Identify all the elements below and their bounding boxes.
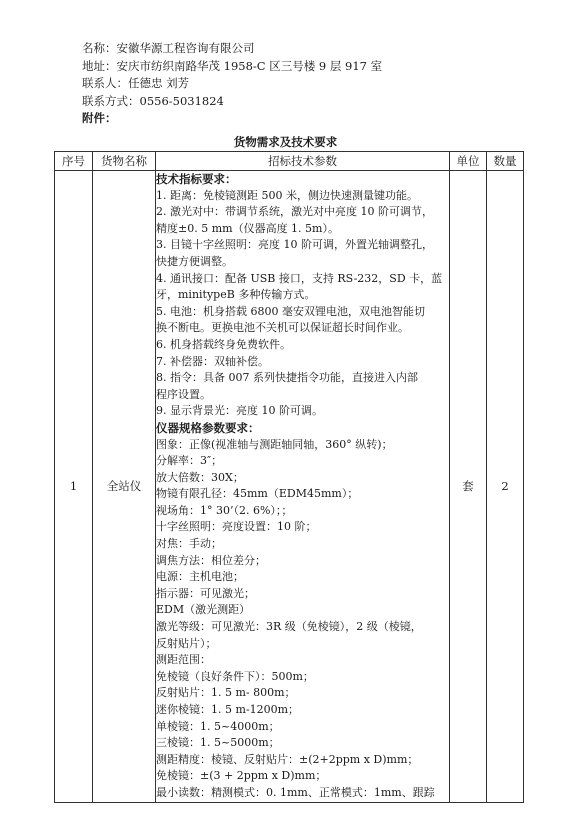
row-qty: 2 [487, 171, 524, 803]
supplier-info: 名称：安徽华源工程咨询有限公司 地址：安庆市纺织南路华茂 1958-C 区三号楼… [82, 40, 382, 128]
param-line: 对焦：手动； [156, 536, 449, 553]
param-line: 图象：正像(视准轴与测距轴同轴，360° 纵转)； [156, 437, 449, 454]
company-address: 地址：安庆市纺织南路华茂 1958-C 区三号楼 9 层 917 室 [82, 58, 382, 76]
param-line: 换不断电。更换电池不关机可以保证超长时间作业。 [156, 320, 449, 337]
param-line: 1. 距离：免棱镜测距 500 米，侧边快速测量键功能。 [156, 188, 449, 205]
param-line: 7. 补偿器：双轴补偿。 [156, 354, 449, 371]
param-line: 调焦方法：相位差分； [156, 553, 449, 570]
column-header-qty: 数量 [487, 152, 524, 171]
param-line: 单棱镜：1. 5~4000m； [156, 719, 449, 736]
param-line: 免棱镜：±(3 + 2ppm x D)mm； [156, 768, 449, 785]
column-header-unit: 单位 [450, 152, 487, 171]
column-header-seq: 序号 [55, 152, 93, 171]
param-line: 4. 通讯接口：配备 USB 接口，支持 RS-232，SD 卡，蓝 [156, 271, 449, 288]
param-line: 电源：主机电池； [156, 569, 449, 586]
param-line: 牙，minitypeB 多种传输方式。 [156, 287, 449, 304]
param-line: 迷你棱镜：1. 5 m-1200m； [156, 702, 449, 719]
column-header-name: 货物名称 [93, 152, 156, 171]
table-row: 1 全站仪 技术指标要求：1. 距离：免棱镜测距 500 米，侧边快速测量键功能… [55, 171, 524, 803]
param-line: 十字丝照明：亮度设置：10 阶； [156, 519, 449, 536]
column-header-params: 招标技术参数 [156, 152, 450, 171]
param-line: 6. 机身搭载终身免费软件。 [156, 337, 449, 354]
row-unit: 套 [450, 171, 487, 803]
row-item-name: 全站仪 [93, 171, 156, 803]
param-line: 测距范围： [156, 652, 449, 669]
param-line: 反射贴片：1. 5 m- 800m； [156, 685, 449, 702]
param-line: 指示器：可见激光； [156, 586, 449, 603]
param-line: 8. 指令：具备 007 系列快捷指令功能，直接进入内部 [156, 370, 449, 387]
param-section-heading: 仪器规格参数要求： [156, 420, 449, 437]
param-line: 测距精度：棱镜、反射贴片：±(2+2ppm x D)mm； [156, 752, 449, 769]
attachment-label: 附件： [82, 110, 382, 128]
row-params: 技术指标要求：1. 距离：免棱镜测距 500 米，侧边快速测量键功能。2. 激光… [156, 171, 450, 803]
param-line: EDM（激光测距） [156, 602, 449, 619]
param-line: 5. 电池：机身搭载 6800 毫安双锂电池，双电池智能切 [156, 304, 449, 321]
param-line: 快捷方便调整。 [156, 254, 449, 271]
contact-person: 联系人：任德忠 刘芳 [82, 75, 382, 93]
param-line: 分解率：3″； [156, 453, 449, 470]
table-header-row: 序号 货物名称 招标技术参数 单位 数量 [55, 152, 524, 171]
row-seq: 1 [55, 171, 93, 803]
param-line: 视场角：1° 30’（2. 6%）；； [156, 503, 449, 520]
param-line: 免棱镜（良好条件下）：500m； [156, 669, 449, 686]
param-line: 3. 目镜十字丝照明：亮度 10 阶可调，外置光轴调整孔， [156, 237, 449, 254]
param-section-heading: 技术指标要求： [156, 171, 449, 188]
param-line: 精度±0. 5 mm（仪器高度 1. 5m）。 [156, 221, 449, 238]
param-line: 反射贴片）； [156, 636, 449, 653]
contact-phone: 联系方式：0556-5031824 [82, 93, 382, 111]
param-line: 最小读数：精测模式：0. 1mm、正常模式：1mm、跟踪 [156, 785, 449, 802]
param-line: 放大倍数：30X； [156, 470, 449, 487]
document-title: 货物需求及技术要求 [0, 134, 571, 150]
param-line: 物镜有限孔径：45mm（EDM45mm）； [156, 486, 449, 503]
param-line: 三棱镜：1. 5~5000m； [156, 735, 449, 752]
param-line: 程序设置。 [156, 387, 449, 404]
requirements-table: 序号 货物名称 招标技术参数 单位 数量 1 全站仪 技术指标要求：1. 距离：… [54, 151, 524, 803]
param-line: 激光等级：可见激光：3R 级（免棱镜），2 级（棱镜， [156, 619, 449, 636]
company-name: 名称：安徽华源工程咨询有限公司 [82, 40, 382, 58]
param-line: 9. 显示背景光：亮度 10 阶可调。 [156, 403, 449, 420]
param-line: 2. 激光对中：带调节系统，激光对中亮度 10 阶可调节， [156, 204, 449, 221]
